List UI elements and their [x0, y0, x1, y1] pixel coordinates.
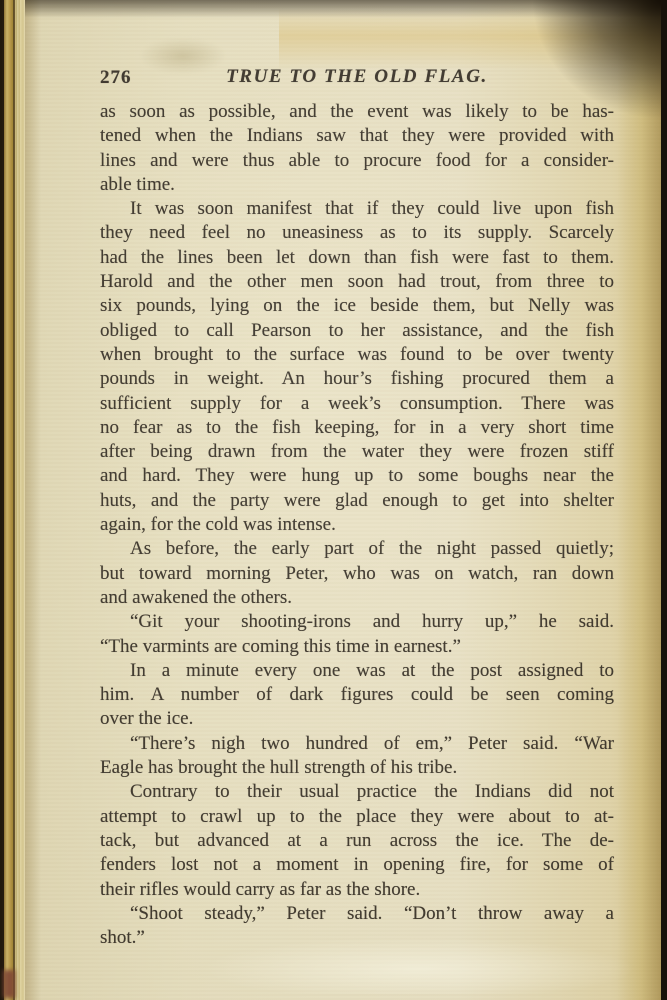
- text-line: shot.”: [100, 926, 614, 950]
- text-line: Harold and the other men soon had trout,…: [100, 270, 614, 294]
- text-line: As before, the early part of the night p…: [100, 537, 614, 561]
- text-line: “Shoot steady,” Peter said. “Don’t throw…: [100, 902, 614, 926]
- text-line: Contrary to their usual practice the Ind…: [100, 780, 614, 804]
- text-line: again, for the cold was intense.: [100, 513, 614, 537]
- paragraph: It was soon manifest that if they could …: [100, 197, 614, 537]
- paragraph: “Shoot steady,” Peter said. “Don’t throw…: [100, 902, 614, 951]
- binding-shadow: [25, 0, 41, 1000]
- text-line: In a minute every one was at the post as…: [100, 659, 614, 683]
- text-line: “The varmints are coming this time in ea…: [100, 635, 614, 659]
- text-line: able time.: [100, 173, 614, 197]
- text-line: their rifles would carry as far as the s…: [100, 878, 614, 902]
- book-scan: 276 TRUE TO THE OLD FLAG. as soon as pos…: [0, 0, 667, 1000]
- text-line: lines and were thus able to procure food…: [100, 149, 614, 173]
- text-line: six pounds, lying on the ice beside them…: [100, 294, 614, 318]
- text-line: tened when the Indians saw that they wer…: [100, 124, 614, 148]
- paragraph: As before, the early part of the night p…: [100, 537, 614, 610]
- text-line: tack, but advanced at a run across the i…: [100, 829, 614, 853]
- text-line: and awakened the others.: [100, 586, 614, 610]
- text-line: when brought to the surface was found to…: [100, 343, 614, 367]
- page-number: 276: [100, 67, 132, 89]
- text-line: It was soon manifest that if they could …: [100, 197, 614, 221]
- page-header: 276 TRUE TO THE OLD FLAG.: [100, 66, 614, 92]
- paragraph: Contrary to their usual practice the Ind…: [100, 780, 614, 901]
- book-gilt-edge: [0, 0, 25, 1000]
- paragraph: In a minute every one was at the post as…: [100, 659, 614, 732]
- book-page: 276 TRUE TO THE OLD FLAG. as soon as pos…: [25, 0, 661, 1000]
- page-curl-shading: [617, 0, 661, 1000]
- text-line: sufficient supply for a week’s consumpti…: [100, 392, 614, 416]
- text-line: Eagle has brought the hull strength of h…: [100, 756, 614, 780]
- scan-yellow-band: [279, 8, 661, 70]
- top-edge-shadow: [25, 0, 661, 18]
- text-line: “Git your shooting-irons and hurry up,” …: [100, 610, 614, 634]
- text-line: obliged to call Pearson to her assistanc…: [100, 319, 614, 343]
- text-line: no fear as to the fish keeping, for in a…: [100, 416, 614, 440]
- text-line: him. A number of dark figures could be s…: [100, 683, 614, 707]
- text-line: pounds in weight. An hour’s fishing proc…: [100, 367, 614, 391]
- text-line: but toward morning Peter, who was on wat…: [100, 562, 614, 586]
- text-line: over the ice.: [100, 707, 614, 731]
- text-body: as soon as possible, and the event was l…: [100, 100, 614, 950]
- paragraph: as soon as possible, and the event was l…: [100, 100, 614, 197]
- text-line: attempt to crawl up to the place they we…: [100, 805, 614, 829]
- paragraph: “There’s nigh two hundred of em,” Peter …: [100, 732, 614, 781]
- text-line: they need feel no uneasiness as to its s…: [100, 221, 614, 245]
- text-line: and hard. They were hung up to some boug…: [100, 464, 614, 488]
- running-title: TRUE TO THE OLD FLAG.: [100, 66, 614, 88]
- text-line: huts, and the party were glad enough to …: [100, 489, 614, 513]
- paragraph: “Git your shooting-irons and hurry up,” …: [100, 610, 614, 659]
- text-line: “There’s nigh two hundred of em,” Peter …: [100, 732, 614, 756]
- text-line: as soon as possible, and the event was l…: [100, 100, 614, 124]
- text-line: had the lines been let down than fish we…: [100, 246, 614, 270]
- text-line: after being drawn from the water they we…: [100, 440, 614, 464]
- text-line: fenders lost not a moment in opening fir…: [100, 853, 614, 877]
